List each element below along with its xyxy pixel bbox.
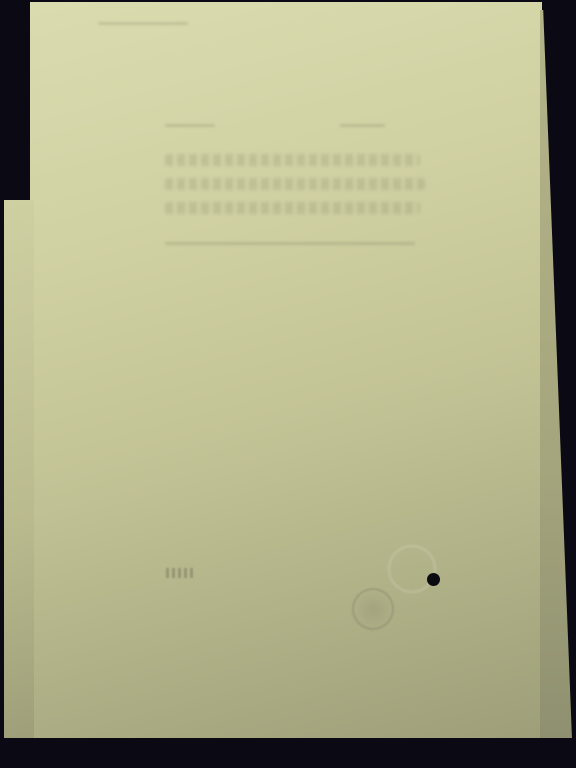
paper-edge-left <box>4 200 34 740</box>
bleed-through-header <box>98 22 188 25</box>
handwritten-mark <box>166 568 196 578</box>
paper-sheet <box>30 2 542 739</box>
photo-scene: back side of a sheet of paper photograph… <box>0 0 576 768</box>
bleed-through-paragraph <box>165 202 420 214</box>
faint-stamp-impression <box>388 545 436 593</box>
paper-edge-right <box>540 10 572 739</box>
stamp-icon <box>352 588 394 630</box>
bleed-through-paragraph <box>165 154 420 166</box>
dark-background <box>0 738 576 768</box>
bleed-through-line <box>165 124 215 127</box>
bleed-through-line <box>165 242 415 245</box>
bleed-through-paragraph <box>165 178 425 190</box>
bleed-through-line <box>340 124 385 127</box>
punch-hole <box>427 573 440 586</box>
